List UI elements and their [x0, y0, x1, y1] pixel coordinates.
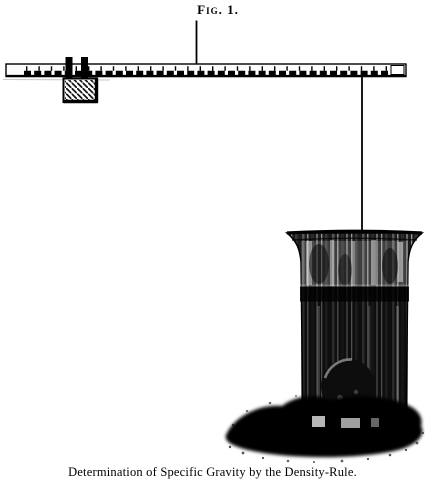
rider-hatched-plate	[64, 79, 98, 103]
glass-reflections-upper	[301, 240, 408, 287]
figure-caption: Determination of Specific Gravity by the…	[0, 465, 425, 480]
book-page: Fig. 1.	[0, 0, 425, 486]
rider-prong-right	[81, 57, 88, 80]
rule-end-cap	[391, 66, 404, 75]
cast-shadow	[226, 395, 424, 463]
liquid-surface	[300, 285, 409, 302]
beaker-rim-edge	[287, 231, 422, 233]
rider-prong-left	[66, 57, 73, 80]
apparatus-illustration	[0, 0, 425, 486]
